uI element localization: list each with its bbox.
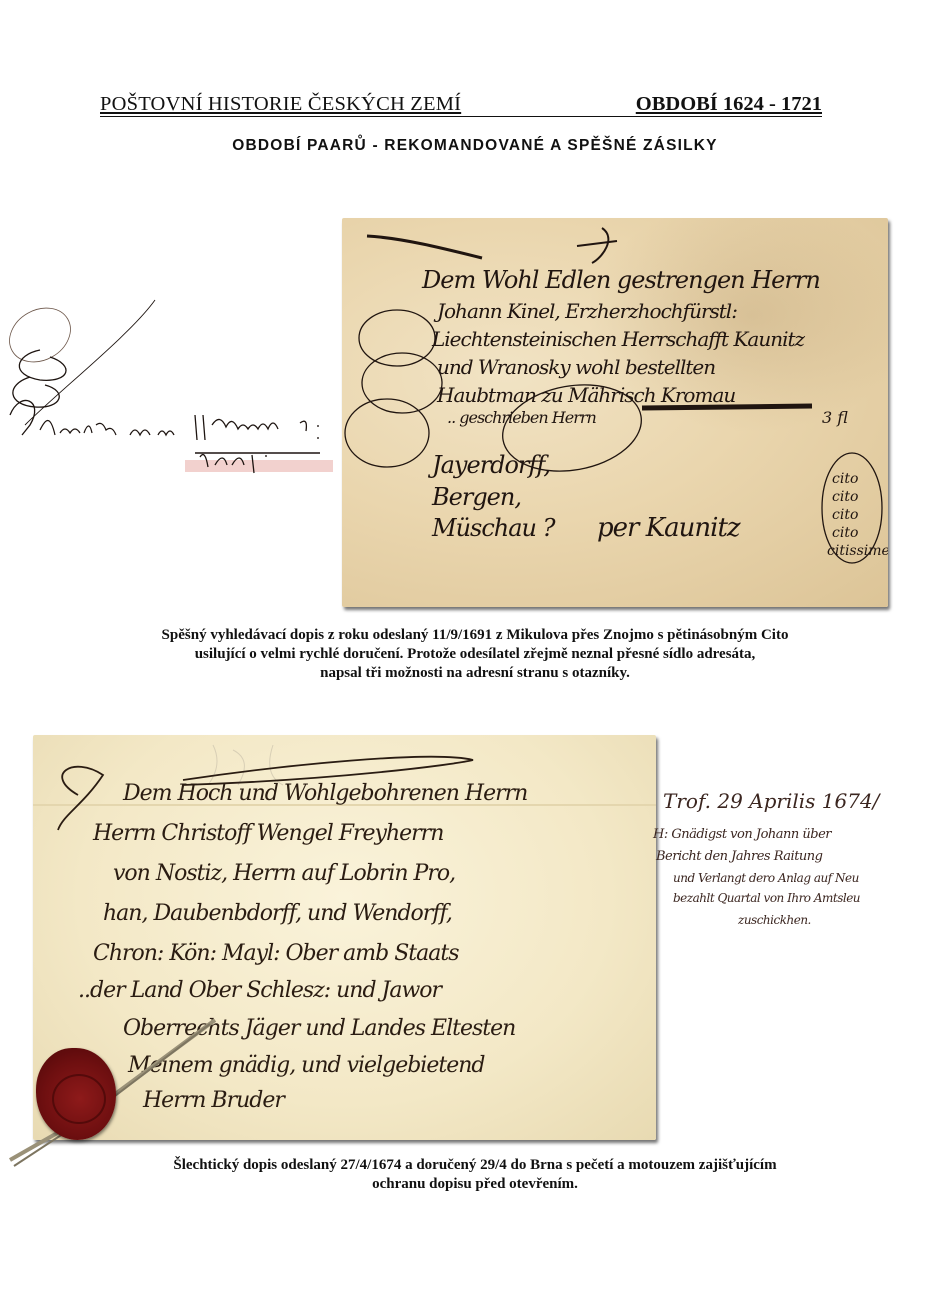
svg-text:cito: cito <box>832 507 858 523</box>
svg-text:cito: cito <box>832 525 858 541</box>
receipt-note-image: Trof. 29 Aprilis 1674/ H: Gnädigst von J… <box>648 778 943 933</box>
svg-text:.. geschrieben Herrn: .. geschrieben Herrn <box>447 408 597 427</box>
svg-text:Dem Wohl Edlen gestrengen Herr: Dem Wohl Edlen gestrengen Herrn <box>421 266 820 294</box>
sender-docket-image <box>0 295 340 485</box>
svg-text:und Verlangt dero Anlag auf Ne: und Verlangt dero Anlag auf Neu <box>673 871 859 885</box>
svg-text:Haubtman zu Mährisch Kromau: Haubtman zu Mährisch Kromau <box>436 383 735 407</box>
svg-text:Chron: Kön: Mayl: Ober amb Sta: Chron: Kön: Mayl: Ober amb Staats <box>93 941 459 966</box>
svg-text:Bericht den Jahres Raitung: Bericht den Jahres Raitung <box>655 849 823 864</box>
letter-1691-image: Dem Wohl Edlen gestrengen Herrn Johann K… <box>342 218 888 607</box>
svg-text:Dem Hoch und Wohlgebohrenen He: Dem Hoch und Wohlgebohrenen Herrn <box>122 781 527 806</box>
svg-text:3 fl: 3 fl <box>822 408 848 427</box>
wax-seal <box>36 1048 116 1140</box>
svg-text:bezahlt Quartal von Ihro Amtsl: bezahlt Quartal von Ihro Amtsleu <box>673 891 860 905</box>
caption-line: Šlechtický dopis odeslaný 27/4/1674 a do… <box>0 1156 950 1175</box>
period-label: OBDOBÍ 1624 - 1721 <box>636 93 822 116</box>
svg-text:Müschau ?: Müschau ? <box>431 514 556 542</box>
svg-text:H: Gnädigst von Johann über: H: Gnädigst von Johann über <box>652 827 832 842</box>
svg-text:citissime: citissime <box>827 543 888 559</box>
exhibit-1-caption: Spěšný vyhledávací dopis z roku odeslaný… <box>0 626 950 683</box>
page-title: POŠTOVNÍ HISTORIE ČESKÝCH ZEMÍ <box>100 93 461 116</box>
caption-line: ochranu dopisu před otevřením. <box>0 1175 950 1194</box>
svg-text:..der Land Ober Schlesz: und J: ..der Land Ober Schlesz: und Jawor <box>78 978 444 1003</box>
svg-text:von Nostiz, Herrn auf Lobrin P: von Nostiz, Herrn auf Lobrin Pro, <box>113 861 455 886</box>
svg-text:Trof. 29 Aprilis 1674/: Trof. 29 Aprilis 1674/ <box>663 789 882 813</box>
svg-text:per Kaunitz: per Kaunitz <box>597 513 741 543</box>
svg-text:Johann Kinel, Erzherzhochfürst: Johann Kinel, Erzherzhochfürstl: <box>433 299 737 323</box>
svg-text:zuschickhen.: zuschickhen. <box>737 913 811 927</box>
svg-text:und Wranosky wohl bestellten: und Wranosky wohl bestellten <box>437 355 715 379</box>
svg-text:Jayerdorff,: Jayerdorff, <box>427 451 550 479</box>
svg-text:cito: cito <box>832 489 858 505</box>
caption-line: napsal tři možnosti na adresní stranu s … <box>0 664 950 683</box>
section-subtitle: OBDOBÍ PAARŮ - REKOMANDOVANÉ A SPĚŠNÉ ZÁ… <box>0 137 950 155</box>
svg-text:han, Daubenbdorff, und Wendorf: han, Daubenbdorff, und Wendorff, <box>103 901 452 926</box>
svg-text:Herrn Christoff Wengel Freyher: Herrn Christoff Wengel Freyherrn <box>92 821 443 846</box>
svg-text:Liechtensteinischen Herrschaff: Liechtensteinischen Herrschafft Kaunitz <box>431 327 806 351</box>
svg-text:cito: cito <box>832 471 858 487</box>
svg-text:Bergen,: Bergen, <box>431 483 521 511</box>
page-header: POŠTOVNÍ HISTORIE ČESKÝCH ZEMÍ OBDOBÍ 16… <box>100 92 822 117</box>
exhibit-2-caption: Šlechtický dopis odeslaný 27/4/1674 a do… <box>0 1156 950 1194</box>
caption-line: Spěšný vyhledávací dopis z roku odeslaný… <box>0 626 950 645</box>
caption-line: usilující o velmi rychlé doručení. Proto… <box>0 645 950 664</box>
